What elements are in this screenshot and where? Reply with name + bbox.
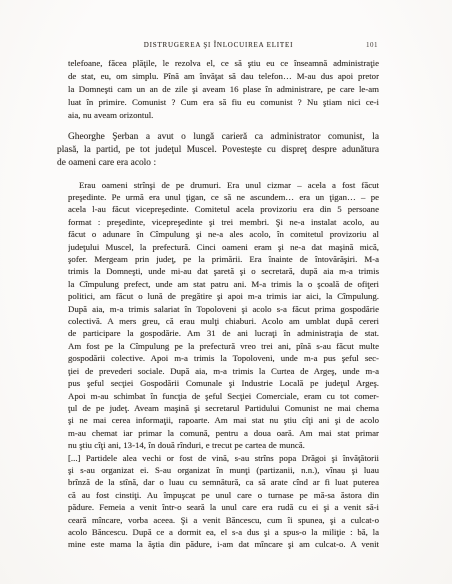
text-line: că au fost cinstiţi. Au împuşcat pe unul… <box>68 489 379 501</box>
text-line: luat în primire. Comunist ? Cum era să f… <box>68 96 379 109</box>
text-line: format : preşedinte, vicepreşedinte şi t… <box>68 216 379 228</box>
text-line: ţiei de prevederi sociale. După aia, m-a… <box>68 365 379 377</box>
text-line: ţul de pe judeţ. Aveam maşină şi secreta… <box>68 402 379 414</box>
text-line: acela l-au făcut vicepreşedinte. Comitet… <box>68 203 379 215</box>
page-number: 101 <box>366 41 378 49</box>
text-line: [...] Partidele alea vechi or fost de vi… <box>68 452 379 464</box>
text-line: telefoane, făcea plăţile, le rezolva el,… <box>68 57 379 70</box>
text-line: de stat, eu, om simplu. Pînă am învăţat … <box>68 70 379 83</box>
paragraph-block: Gheorghe Şerban a avut o lungă carieră c… <box>57 131 379 171</box>
book-page: DISTRUGEREA ŞI ÎNLOCUIREA ELITEI 101 tel… <box>0 0 452 584</box>
text-line: pădure. Femeia a venit într-o seară la u… <box>68 501 379 513</box>
text-line: la Domneşti cam un an de zile şi aveam 1… <box>68 83 379 96</box>
text-line: plasă, la partid, pe tot judeţul Muscel.… <box>57 144 379 157</box>
text-line: pus şeful secţiei Gospodării Comunale şi… <box>68 377 379 389</box>
quote-block: telefoane, făcea plăţile, le rezolva el,… <box>68 57 379 122</box>
text-line: mine este mama la ăştia din pădure, i-am… <box>68 538 379 550</box>
text-line: Am fost pe la Cîmpulung pe la prefectură… <box>68 340 379 352</box>
page-body: telefoane, făcea plăţile, le rezolva el,… <box>0 57 452 551</box>
text-line: După aia, m-a trimis salariat în Topolov… <box>68 303 379 315</box>
text-line: Apoi m-au schimbat în funcţia de şeful S… <box>68 390 379 402</box>
text-line: nu ştiu cîţi ani, 13-14, în două rînduri… <box>68 439 379 451</box>
text-line: făcut o adunare în Cîmpulung şi ne-a ale… <box>68 228 379 240</box>
running-title: DISTRUGEREA ŞI ÎNLOCUIREA ELITEI <box>144 41 293 49</box>
text-line: brînză de la stînă, dar o luau cu semnăt… <box>68 476 379 488</box>
text-line: acolo Băncescu. După ce a dormit ea, el … <box>68 526 379 538</box>
quote-block: Erau oameni strînşi de pe drumuri. Era u… <box>68 179 379 551</box>
text-line: trimis la Domneşti, unde mi-au dat şaret… <box>68 265 379 277</box>
text-line: şi ne mai cerea informaţii, rapoarte. Am… <box>68 414 379 426</box>
text-line: de oameni care era acolo : <box>57 157 379 170</box>
text-line: aia, nu aveam orizontul. <box>68 109 379 122</box>
text-line: şofer. Mergeam prin judeţ, pe la primări… <box>68 253 379 265</box>
text-line: politici, am făcut o lună de pregătire ş… <box>68 290 379 302</box>
text-line: la Cîmpulung prefect, unde am stat patru… <box>68 278 379 290</box>
text-line: preşedinte. Pe urmă era unul ţigan, ce s… <box>68 191 379 203</box>
text-line: ceară mîncare, vorba aceea. Şi a venit B… <box>68 514 379 526</box>
page-header: DISTRUGEREA ŞI ÎNLOCUIREA ELITEI 101 <box>57 41 380 53</box>
text-line: Gheorghe Şerban a avut o lungă carieră c… <box>57 131 379 144</box>
text-blocks: telefoane, făcea plăţile, le rezolva el,… <box>0 57 452 551</box>
text-line: Erau oameni strînşi de pe drumuri. Era u… <box>68 179 379 191</box>
text-line: gospodării colective. Apoi m-a trimis la… <box>68 352 379 364</box>
text-line: şi s-au organizat ei. S-au organizat în … <box>68 464 379 476</box>
text-line: colectivă. A mers greu, că erau mulţi ch… <box>68 315 379 327</box>
text-line: de participare la gospodărie. Am 31 de a… <box>68 327 379 339</box>
text-line: judeţului Muscel, la prefectură. Cinci o… <box>68 241 379 253</box>
text-line: m-au chemat iar primar la comună, pentru… <box>68 427 379 439</box>
